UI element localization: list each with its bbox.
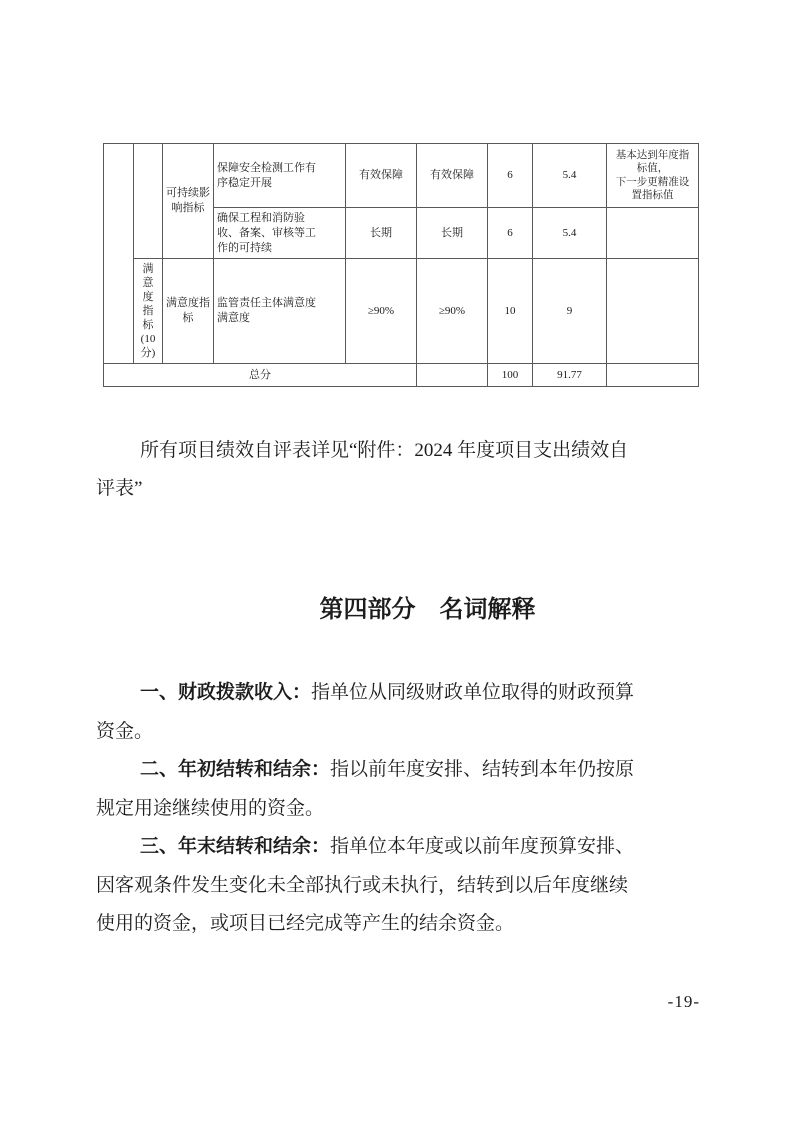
cell-actual-value: 长期 <box>417 208 488 259</box>
cell-note: 基本达到年度指 标值， 下一步更精准设 置指标值 <box>607 144 699 208</box>
cell-total-label: 总分 <box>104 364 417 387</box>
cell-target-value: ≥90% <box>346 259 417 364</box>
cell-empty-subcategory <box>134 144 163 259</box>
cell-note <box>607 208 699 259</box>
cell-total-weight: 100 <box>488 364 533 387</box>
cell-empty-note <box>607 364 699 387</box>
cell-satisfaction-group-label: 满意度指 标 <box>163 259 214 364</box>
definition-item: 二、年初结转和结余：指以前年度安排、结转到本年仍按原 规定用途继续使用的资金。 <box>96 751 702 828</box>
cell-score: 5.4 <box>533 208 607 259</box>
cell-note <box>607 259 699 364</box>
cell-weight: 6 <box>488 208 533 259</box>
section-title: 第四部分 名词解释 <box>0 589 793 624</box>
definition-item: 一、财政拨款收入：指单位从同级财政单位取得的财政预算 资金。 <box>96 674 702 751</box>
cell-empty-category <box>104 144 134 364</box>
definition-term: 二、年初结转和结余： <box>140 759 330 780</box>
intro-paragraph: 所有项目绩效自评表详见“附件：2024 年度项目支出绩效自 评表” <box>96 432 700 508</box>
cell-target-value: 有效保障 <box>346 144 417 208</box>
cell-indicator-name: 监管责任主体满意度 满意度 <box>214 259 346 364</box>
cell-actual-value: ≥90% <box>417 259 488 364</box>
cell-weight: 10 <box>488 259 533 364</box>
performance-indicator-table: 可持续影 响指标 保障安全检测工作有 序稳定开展 有效保障 有效保障 6 5.4… <box>103 143 699 387</box>
cell-total-score: 91.77 <box>533 364 607 387</box>
cell-empty <box>417 364 488 387</box>
cell-indicator-name: 确保工程和消防验 收、备案、审核等工 作的可持续 <box>214 208 346 259</box>
cell-indicator-name: 保障安全检测工作有 序稳定开展 <box>214 144 346 208</box>
definition-term: 一、财政拨款收入： <box>140 682 311 703</box>
cell-weight: 6 <box>488 144 533 208</box>
cell-target-value: 长期 <box>346 208 417 259</box>
definitions-block: 一、财政拨款收入：指单位从同级财政单位取得的财政预算 资金。 二、年初结转和结余… <box>96 674 702 944</box>
cell-actual-value: 有效保障 <box>417 144 488 208</box>
cell-score: 9 <box>533 259 607 364</box>
definition-item: 三、年末结转和结余：指单位本年度或以前年度预算安排、 因客观条件发生变化未全部执… <box>96 828 702 944</box>
cell-satisfaction-category-label: 满 意 度 指 标 (10 分) <box>134 259 163 364</box>
cell-sustainability-group-label: 可持续影 响指标 <box>163 144 214 259</box>
cell-score: 5.4 <box>533 144 607 208</box>
page-number: -19- <box>668 992 700 1012</box>
definition-term: 三、年末结转和结余： <box>140 836 330 857</box>
